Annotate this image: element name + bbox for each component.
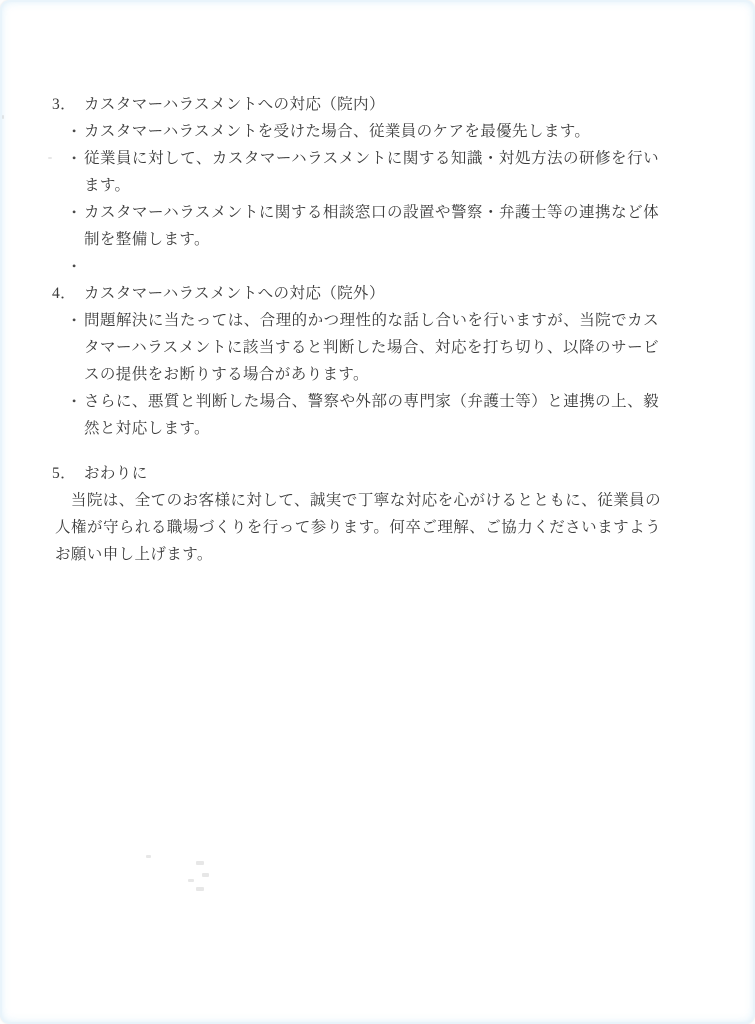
closing-paragraph: 当院は、全てのお客様に対して、誠実で丁寧な対応を心がけるとともに、従業員の人権が…	[55, 487, 661, 568]
scan-artifact	[202, 873, 209, 877]
bullet-list: 問題解決に当たっては、合理的かつ理性的な話し合いを行いますが、当院でカスタマーハ…	[52, 307, 715, 442]
section-heading: 5． おわりに	[52, 460, 715, 487]
bullet-item: さらに、悪質と判断した場合、警察や外部の専門家（弁護士等）と連携の上、毅然と対応…	[72, 388, 659, 442]
section-heading: 4． カスタマーハラスメントへの対応（院外）	[52, 280, 715, 307]
bullet-item: カスタマーハラスメントに関する相談窓口の設置や警察・弁護士等の連携など体制を整備…	[72, 199, 659, 253]
scan-artifact	[48, 157, 52, 159]
section-number: 5．	[52, 460, 84, 487]
section-title: カスタマーハラスメントへの対応（院外）	[84, 280, 385, 307]
section-closing: 5． おわりに 当院は、全てのお客様に対して、誠実で丁寧な対応を心がけるとともに…	[52, 460, 715, 568]
scan-artifact	[2, 115, 4, 119]
section-heading: 3． カスタマーハラスメントへの対応（院内）	[52, 91, 715, 118]
bullet-list: カスタマーハラスメントを受けた場合、従業員のケアを最優先します。 従業員に対して…	[52, 118, 715, 280]
document-content: 3． カスタマーハラスメントへの対応（院内） カスタマーハラスメントを受けた場合…	[0, 0, 755, 568]
section-number: 3．	[52, 91, 84, 118]
section-customer-harassment-internal: 3． カスタマーハラスメントへの対応（院内） カスタマーハラスメントを受けた場合…	[52, 91, 715, 280]
section-title: おわりに	[84, 460, 148, 487]
section-title: カスタマーハラスメントへの対応（院内）	[84, 91, 385, 118]
scan-artifact	[146, 855, 151, 858]
bullet-item: 従業員に対して、カスタマーハラスメントに関する知識・対処方法の研修を行います。	[72, 145, 659, 199]
bullet-item: カスタマーハラスメントを受けた場合、従業員のケアを最優先します。	[72, 118, 659, 145]
section-number: 4．	[52, 280, 84, 307]
bullet-item: 問題解決に当たっては、合理的かつ理性的な話し合いを行いますが、当院でカスタマーハ…	[72, 307, 659, 388]
scan-artifact	[188, 879, 194, 882]
section-customer-harassment-external: 4． カスタマーハラスメントへの対応（院外） 問題解決に当たっては、合理的かつ理…	[52, 280, 715, 442]
bullet-item-empty	[72, 253, 659, 280]
scan-artifact	[196, 887, 204, 891]
scanned-document-page: 3． カスタマーハラスメントへの対応（院内） カスタマーハラスメントを受けた場合…	[0, 0, 755, 1024]
scan-artifact	[196, 861, 204, 865]
